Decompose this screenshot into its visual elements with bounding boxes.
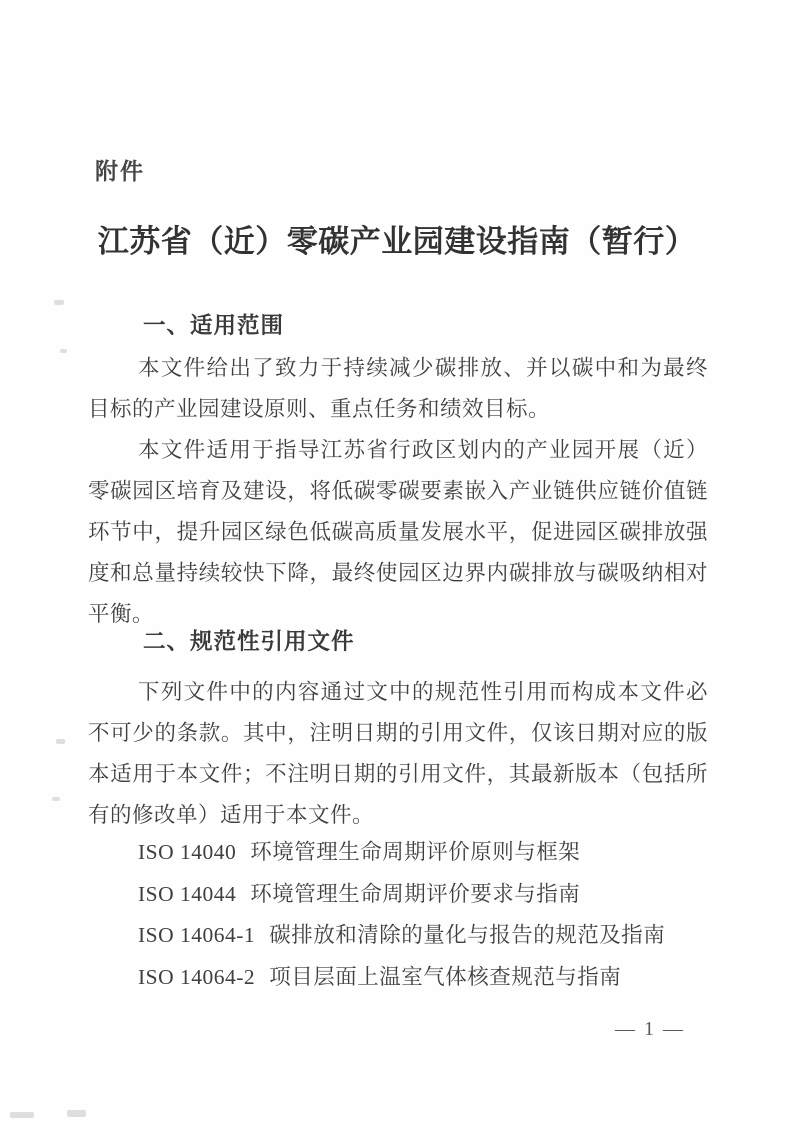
body-paragraph: 本文件给出了致力于持续减少碳排放、并以碳中和为最终目标的产业园建设原则、重点任务…: [88, 348, 708, 430]
scan-smudge: [10, 1112, 34, 1118]
reference-code: ISO 14044: [138, 882, 236, 906]
reference-title: 环境管理生命周期评价原则与框架: [250, 840, 580, 864]
reference-code: ISO 14064-1: [138, 923, 255, 947]
body-paragraph: 下列文件中的内容通过文中的规范性引用而构成本文件必不可少的条款。其中，注明日期的…: [88, 672, 708, 836]
scanned-document-page: 附件 江苏省（近）零碳产业园建设指南（暂行） 一、适用范围 本文件给出了致力于持…: [0, 0, 794, 1123]
reference-code: ISO 14064-2: [138, 965, 255, 989]
page-number: — 1 —: [615, 1018, 685, 1041]
reference-list: ISO 14040环境管理生命周期评价原则与框架 ISO 14044环境管理生命…: [88, 832, 708, 998]
scan-speck: [52, 797, 60, 801]
body-paragraph: 本文件适用于指导江苏省行政区划内的产业园开展（近）零碳园区培育及建设，将低碳零碳…: [88, 430, 708, 635]
scan-speck: [54, 300, 64, 305]
reference-title: 项目层面上温室气体核查规范与指南: [269, 965, 621, 989]
reference-title: 碳排放和清除的量化与报告的规范及指南: [269, 923, 665, 947]
section-heading-scope: 一、适用范围: [143, 309, 708, 342]
attachment-label: 附件: [95, 153, 145, 186]
document-body: 一、适用范围 本文件给出了致力于持续减少碳排放、并以碳中和为最终目标的产业园建设…: [88, 309, 708, 998]
section-heading-normative-references: 二、规范性引用文件: [143, 625, 708, 658]
reference-item: ISO 14044环境管理生命周期评价要求与指南: [138, 874, 708, 916]
scan-speck: [56, 739, 65, 744]
reference-item: ISO 14064-1碳排放和清除的量化与报告的规范及指南: [138, 915, 708, 957]
document-title: 江苏省（近）零碳产业园建设指南（暂行）: [0, 218, 794, 266]
scan-speck: [60, 349, 67, 353]
scan-smudge: [67, 1110, 86, 1117]
reference-title: 环境管理生命周期评价要求与指南: [250, 882, 580, 906]
reference-code: ISO 14040: [138, 840, 236, 864]
reference-item: ISO 14064-2项目层面上温室气体核查规范与指南: [138, 957, 708, 999]
reference-item: ISO 14040环境管理生命周期评价原则与框架: [138, 832, 708, 874]
